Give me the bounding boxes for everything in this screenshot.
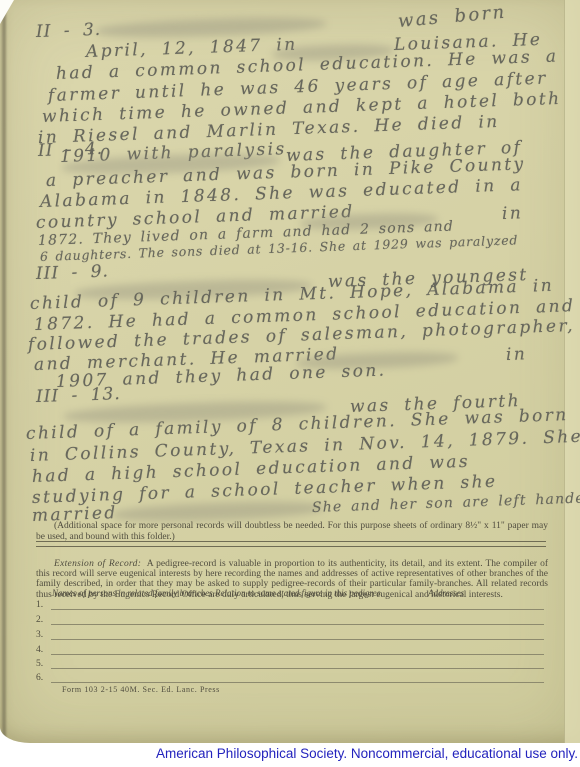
printed-note-additional-space: (Additional space for more personal reco…	[36, 521, 548, 543]
hw-line: was born	[397, 2, 507, 32]
entry-label-III-9: III - 9.	[36, 261, 110, 284]
ruled-row: 5.	[36, 659, 546, 672]
ruled-row: 1.	[36, 600, 546, 613]
extension-lead: Extension of Record:	[54, 559, 141, 569]
entry-label-III-13: III - 13.	[36, 384, 121, 407]
row-rule-line	[51, 682, 544, 683]
row-rule-line	[51, 668, 544, 669]
column-header-addresses: Addresses	[428, 588, 464, 598]
row-number: 1.	[36, 600, 43, 610]
row-number: 4.	[36, 645, 43, 655]
hw-line: in	[502, 203, 524, 224]
row-number: 5.	[36, 659, 43, 669]
column-header-relation: Relation to some stated figure in this p…	[215, 588, 383, 598]
row-rule-line	[51, 624, 544, 625]
row-rule-line	[51, 609, 544, 610]
entry-label-II-3: II - 3.	[36, 20, 102, 42]
row-number: 2.	[36, 615, 43, 625]
row-number: 6.	[36, 673, 43, 683]
column-header-names: Names of persons in related family branc…	[52, 588, 215, 598]
ruled-row: 2.	[36, 615, 546, 628]
hw-line: in	[506, 344, 528, 365]
ruled-row: 3.	[36, 630, 546, 643]
page-right-edge-line	[564, 0, 565, 743]
caption-bar: American Philosophical Society. Noncomme…	[0, 743, 580, 767]
page-right-edge	[565, 0, 580, 743]
ruled-row: 4.	[36, 645, 546, 658]
row-rule-line	[51, 639, 544, 640]
entry-label-II-4: II - 4.	[38, 139, 104, 161]
row-number: 3.	[36, 630, 43, 640]
double-rule-divider	[36, 541, 546, 547]
copyright-caption: American Philosophical Society. Noncomme…	[156, 746, 578, 761]
row-rule-line	[51, 654, 544, 655]
page-left-edge-shadow	[2, 0, 6, 743]
scanned-pedigree-page: II - 3. was born April, 12, 1847 in Loui…	[0, 0, 580, 743]
form-imprint: Form 103 2-15 40M. Sec. Ed. Lanc. Press	[62, 685, 220, 694]
